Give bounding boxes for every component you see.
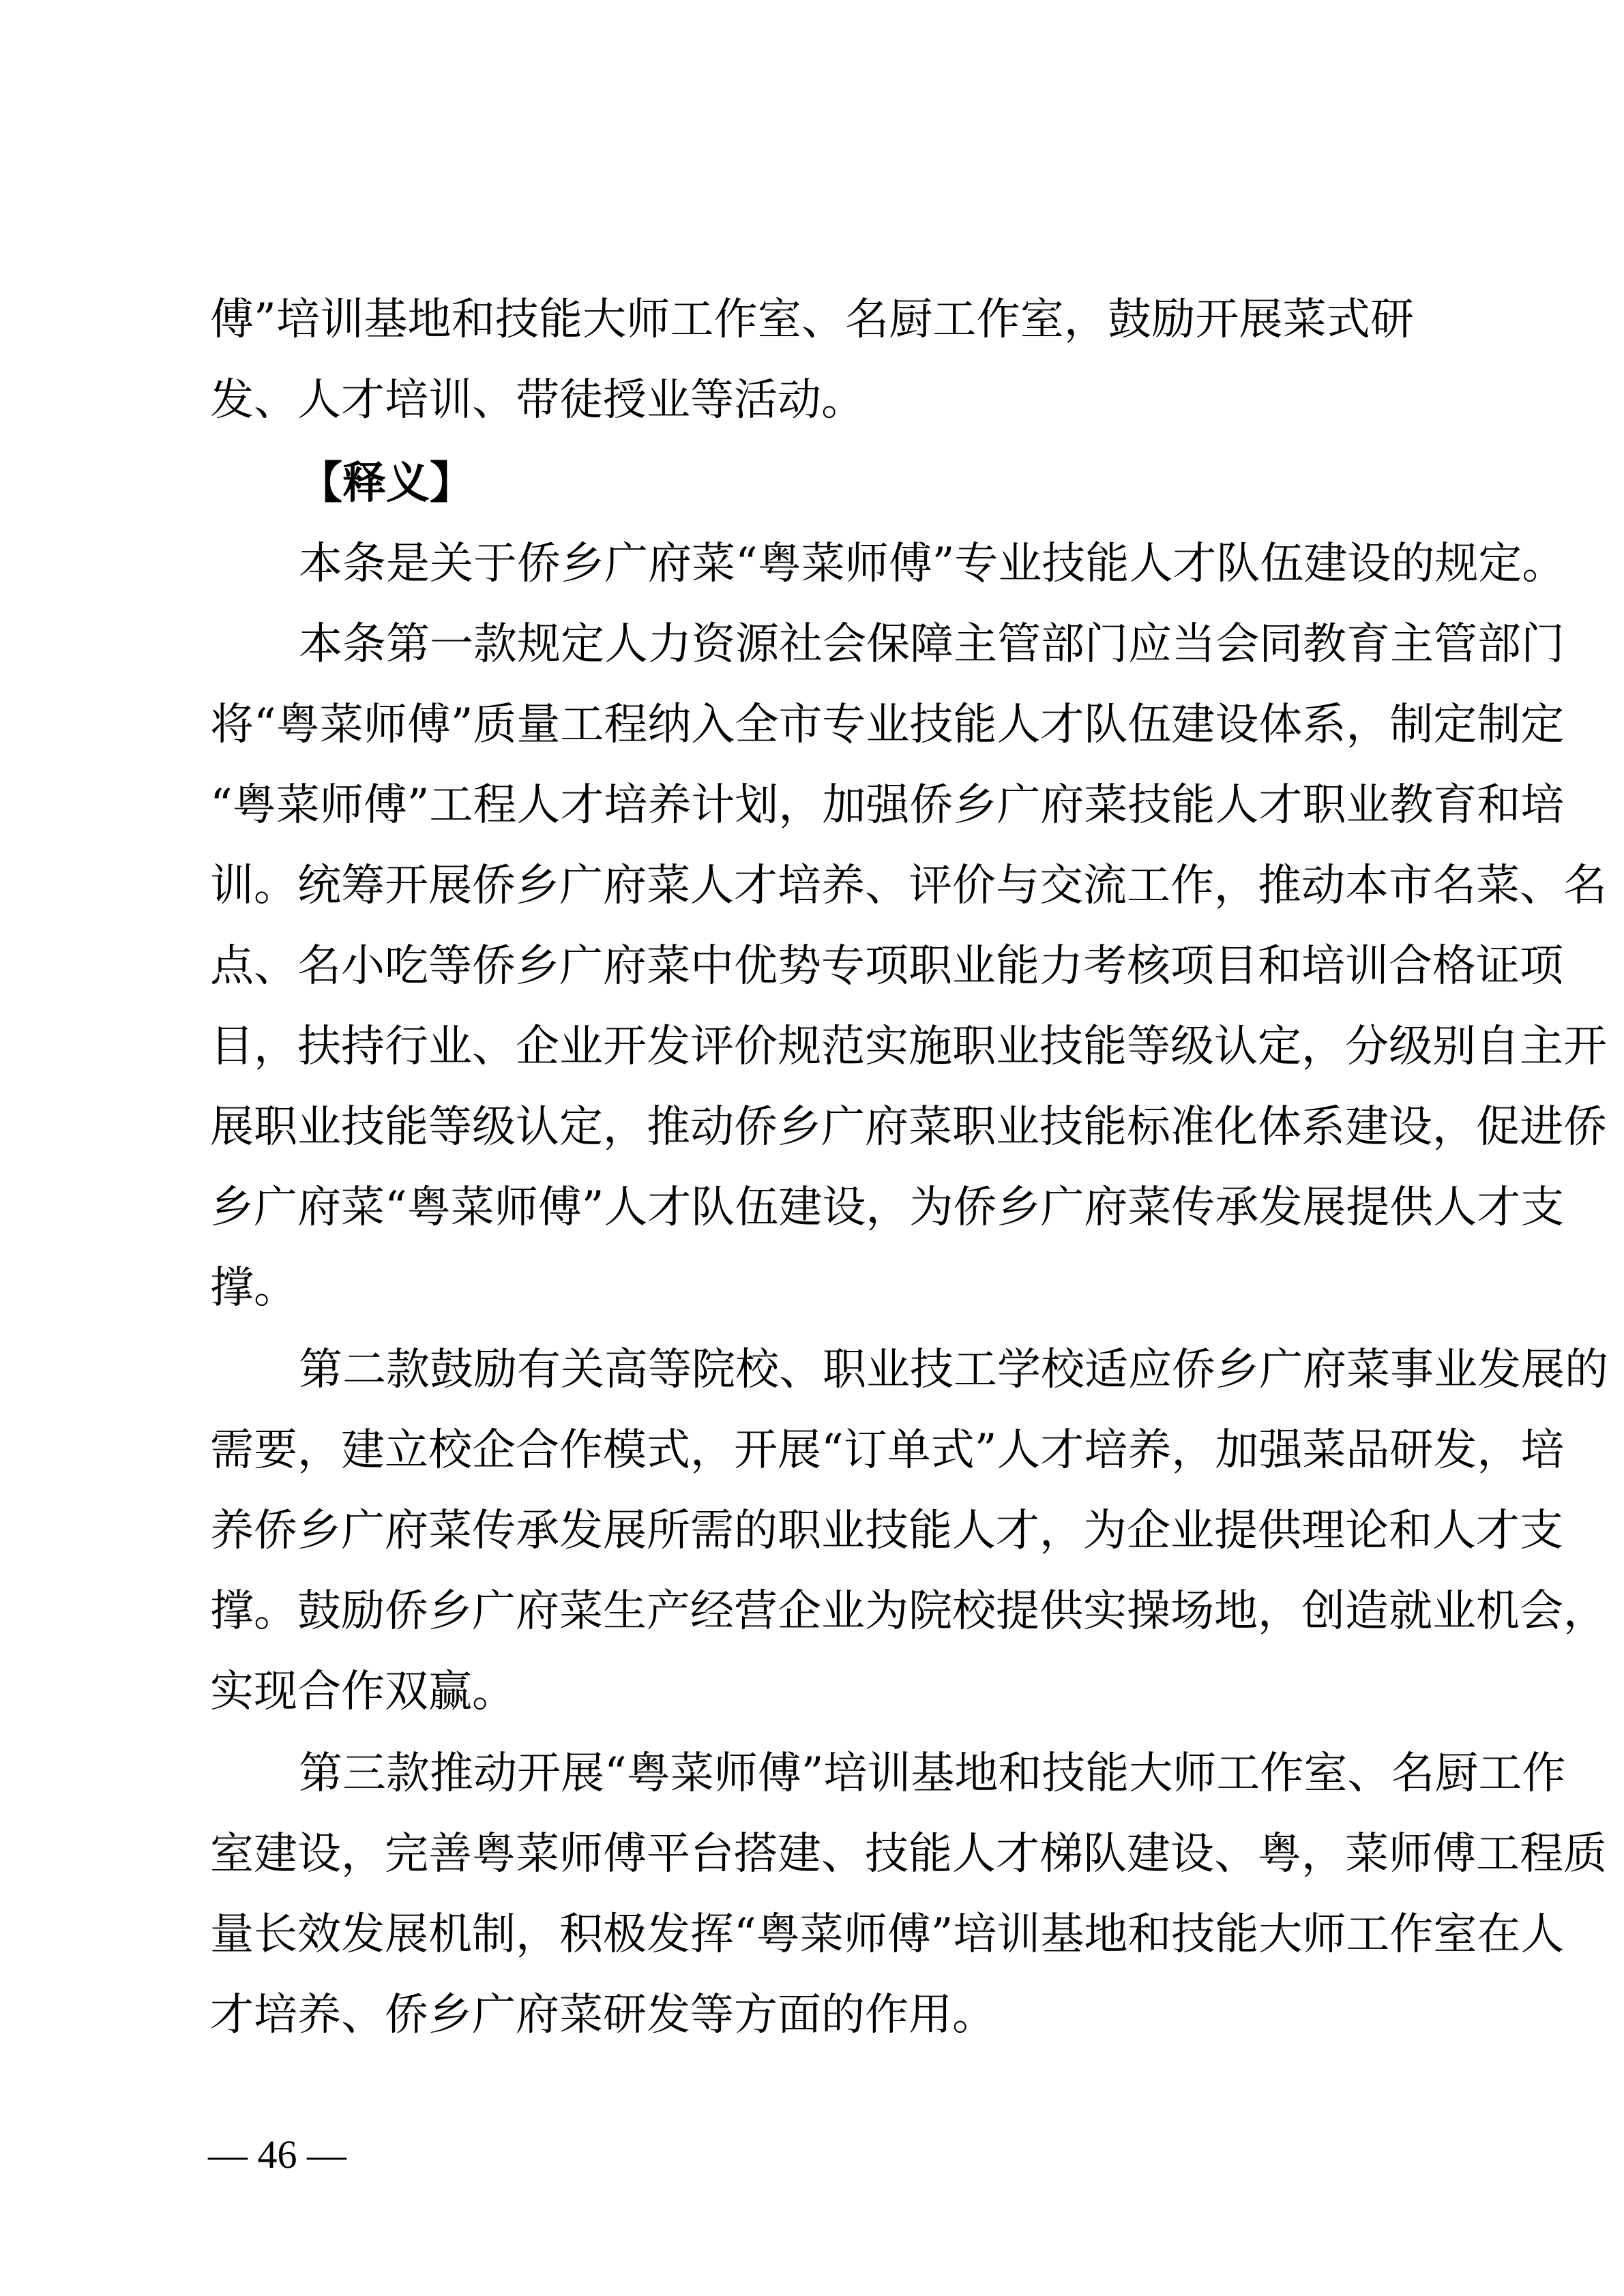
paragraph-2-line-6: 目，扶持行业、企业开发评价规范实施职业技能等级认定，分级别自主开	[210, 1007, 1414, 1087]
paragraph-2-line-1: 本条第一款规定人力资源社会保障主管部门应当会同教育主管部门	[299, 604, 1414, 685]
paragraph-1-line-1: 本条是关于侨乡广府菜“粤菜师傅”专业技能人才队伍建设的规定。	[299, 524, 1414, 604]
paragraph-4-line-4: 才培养、侨乡广府菜研发等方面的作用。	[210, 1975, 1414, 2055]
page-number: — 46 —	[208, 2128, 346, 2182]
paragraph-3-line-5: 实现合作双赢。	[210, 1652, 1414, 1732]
paragraph-4-line-3: 量长效发展机制，积极发挥“粤菜师傅”培训基地和技能大师工作室在人	[210, 1894, 1414, 1975]
paragraph-3-line-2: 需要，建立校企合作模式，开展“订单式”人才培养，加强菜品研发，培	[210, 1410, 1414, 1491]
paragraph-2-line-4: 训。统筹开展侨乡广府菜人才培养、评价与交流工作，推动本市名菜、名	[210, 846, 1414, 926]
section-heading: 【释义】	[299, 443, 473, 524]
continuation-line-1: 傅”培训基地和技能大师工作室、名厨工作室，鼓励开展菜式研	[210, 280, 1414, 360]
paragraph-3-line-3: 养侨乡广府菜传承发展所需的职业技能人才，为企业提供理论和人才支	[210, 1491, 1414, 1571]
continuation-line-2: 发、人才培训、带徒授业等活动。	[210, 360, 1414, 441]
document-page: 傅”培训基地和技能大师工作室、名厨工作室，鼓励开展菜式研 发、人才培训、带徒授业…	[0, 0, 1624, 2296]
paragraph-3-line-4: 撑。鼓励侨乡广府菜生产经营企业为院校提供实操场地，创造就业机会，	[210, 1571, 1414, 1652]
paragraph-2-line-9: 撑。	[210, 1248, 1414, 1328]
paragraph-2-line-5: 点、名小吃等侨乡广府菜中优势专项职业能力考核项目和培训合格证项	[210, 926, 1414, 1007]
paragraph-4-line-2: 室建设，完善粤菜师傅平台搭建、技能人才梯队建设、粤，菜师傅工程质	[210, 1814, 1414, 1894]
paragraph-2-line-3: “粤菜师傅”工程人才培养计划，加强侨乡广府菜技能人才职业教育和培	[210, 765, 1414, 846]
paragraph-3-line-1: 第二款鼓励有关高等院校、职业技工学校适应侨乡广府菜事业发展的	[299, 1330, 1414, 1410]
paragraph-2-line-2: 将“粤菜师傅”质量工程纳入全市专业技能人才队伍建设体系，制定制定	[210, 685, 1414, 765]
paragraph-4-line-1: 第三款推动开展“粤菜师傅”培训基地和技能大师工作室、名厨工作	[299, 1733, 1414, 1814]
paragraph-2-line-8: 乡广府菜“粤菜师傅”人才队伍建设，为侨乡广府菜传承发展提供人才支	[210, 1167, 1414, 1248]
paragraph-2-line-7: 展职业技能等级认定，推动侨乡广府菜职业技能标准化体系建设，促进侨	[210, 1087, 1414, 1167]
